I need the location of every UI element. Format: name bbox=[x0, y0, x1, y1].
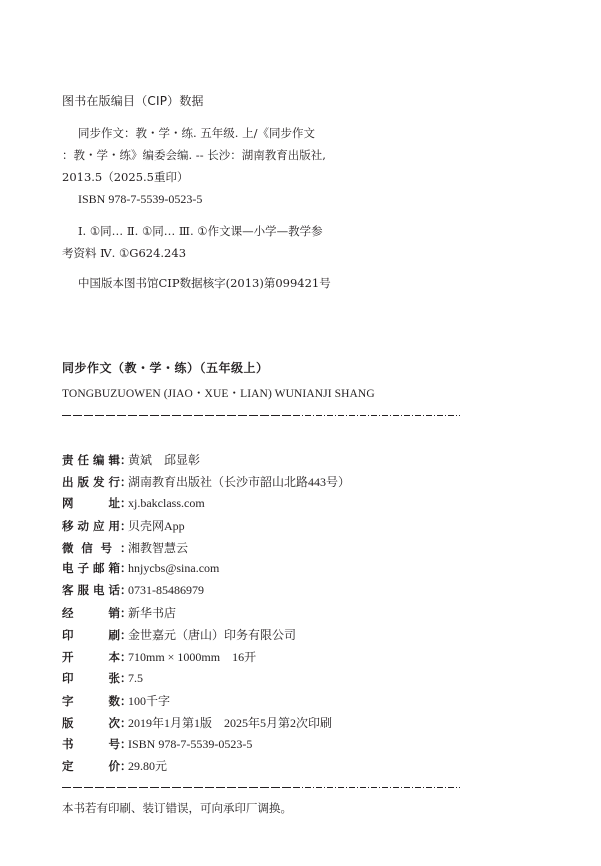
info-label: 电子邮箱 bbox=[62, 560, 120, 576]
info-row: 电子邮箱：hnjycbs@sina.com bbox=[62, 560, 350, 582]
misprint-notice: 本书若有印刷、装订错误，可向承印厂调换。 bbox=[62, 800, 292, 816]
info-colon: ： bbox=[120, 693, 128, 709]
info-value: 0731-85486979 bbox=[128, 583, 204, 598]
info-label: 出版发行 bbox=[62, 474, 120, 490]
divider-dashes bbox=[62, 787, 294, 788]
info-colon: ： bbox=[120, 540, 128, 556]
info-label: 网址 bbox=[62, 495, 120, 511]
cip-line: 同步作文：教・学・练. 五年级. 上/《同步作文 bbox=[78, 126, 315, 140]
info-colon: ： bbox=[120, 560, 128, 576]
divider-dash-dots bbox=[294, 415, 460, 416]
info-value: 新华书店 bbox=[128, 604, 176, 621]
info-row: 微信号：湘教智慧云 bbox=[62, 539, 350, 561]
info-label: 开本 bbox=[62, 649, 120, 665]
book-pinyin-title: TONGBUZUOWEN (JIAO・XUE・LIAN) WUNIANJI SH… bbox=[62, 385, 375, 401]
info-colon: ： bbox=[120, 758, 128, 774]
info-colon: ： bbox=[120, 649, 128, 665]
cip-isbn: ISBN 978-7-5539-0523-5 bbox=[78, 192, 202, 206]
info-value: 湘教智慧云 bbox=[128, 539, 188, 556]
info-value: 2019年1月第1版 2025年5月第2次印刷 bbox=[128, 714, 332, 731]
info-label: 定价 bbox=[62, 758, 120, 774]
info-value: 湖南教育出版社（长沙市韶山北路443号） bbox=[128, 473, 350, 490]
info-label: 移动应用 bbox=[62, 518, 120, 534]
info-colon: ： bbox=[120, 605, 128, 621]
info-value: ISBN 978-7-5539-0523-5 bbox=[128, 737, 252, 752]
publication-info-list: 责任编辑：黄斌 邱显彰出版发行：湖南教育出版社（长沙市韶山北路443号）网址：x… bbox=[62, 451, 350, 779]
info-colon: ： bbox=[120, 452, 128, 468]
cip-heading: 图书在版编目（CIP）数据 bbox=[62, 92, 204, 109]
info-value: hnjycbs@sina.com bbox=[128, 561, 219, 576]
info-row: 书号：ISBN 978-7-5539-0523-5 bbox=[62, 736, 350, 758]
info-label: 经销 bbox=[62, 605, 120, 621]
info-row: 经销：新华书店 bbox=[62, 604, 350, 626]
info-row: 客服电话：0731-85486979 bbox=[62, 582, 350, 604]
cip-line: ：教・学・练》编委会编. -- 长沙：湖南教育出版社, bbox=[62, 148, 326, 162]
info-label: 书号 bbox=[62, 736, 120, 752]
info-label: 责任编辑 bbox=[62, 452, 120, 468]
cip-verification-number: 中国版本图书馆CIP数据核字(2013)第099421号 bbox=[78, 276, 331, 290]
info-colon: ： bbox=[120, 495, 128, 511]
info-label: 印张 bbox=[62, 670, 120, 686]
info-colon: ： bbox=[120, 736, 128, 752]
divider-top bbox=[62, 415, 460, 416]
info-label: 印刷 bbox=[62, 627, 120, 643]
info-colon: ： bbox=[120, 715, 128, 731]
info-row: 责任编辑：黄斌 邱显彰 bbox=[62, 451, 350, 473]
info-colon: ： bbox=[120, 627, 128, 643]
info-label: 字数 bbox=[62, 693, 120, 709]
info-row: 开本：710mm × 1000mm 16开 bbox=[62, 648, 350, 670]
info-label: 客服电话 bbox=[62, 582, 120, 598]
divider-bottom bbox=[62, 787, 460, 788]
info-value: 金世嘉元（唐山）印务有限公司 bbox=[128, 626, 296, 643]
book-title: 同步作文（教・学・练）（五年级上） bbox=[62, 359, 269, 376]
info-label: 微信号 bbox=[62, 540, 112, 556]
cip-line: 2013.5（2025.5重印） bbox=[62, 170, 188, 184]
info-row: 移动应用：贝壳网App bbox=[62, 517, 350, 539]
info-row: 出版发行：湖南教育出版社（长沙市韶山北路443号） bbox=[62, 473, 350, 495]
info-colon: ： bbox=[120, 670, 128, 686]
info-colon: ： bbox=[120, 582, 128, 598]
info-value: 黄斌 邱显彰 bbox=[128, 451, 200, 468]
info-row: 印刷：金世嘉元（唐山）印务有限公司 bbox=[62, 626, 350, 648]
info-value: 29.80元 bbox=[128, 757, 167, 774]
info-row: 字数：100千字 bbox=[62, 692, 350, 714]
info-value: xj.bakclass.com bbox=[128, 496, 205, 511]
info-row: 网址：xj.bakclass.com bbox=[62, 495, 350, 517]
info-value: 100千字 bbox=[128, 692, 170, 709]
info-value: 7.5 bbox=[128, 671, 143, 686]
info-row: 定价：29.80元 bbox=[62, 757, 350, 779]
cip-classification: Ⅰ. ①同… Ⅱ. ①同… Ⅲ. ①作文课—小学—教学参 bbox=[78, 224, 323, 238]
info-row: 版次：2019年1月第1版 2025年5月第2次印刷 bbox=[62, 714, 350, 736]
info-colon: ： bbox=[120, 474, 128, 490]
cip-classification-cont: 考资料 Ⅳ. ①G624.243 bbox=[62, 246, 186, 260]
info-value: 710mm × 1000mm 16开 bbox=[128, 648, 256, 665]
divider-dashes bbox=[62, 415, 294, 416]
divider-dash-dots bbox=[294, 787, 460, 788]
info-value: 贝壳网App bbox=[128, 517, 185, 534]
info-colon: ： bbox=[120, 518, 128, 534]
info-row: 印张：7.5 bbox=[62, 670, 350, 692]
info-label: 版次 bbox=[62, 715, 120, 731]
